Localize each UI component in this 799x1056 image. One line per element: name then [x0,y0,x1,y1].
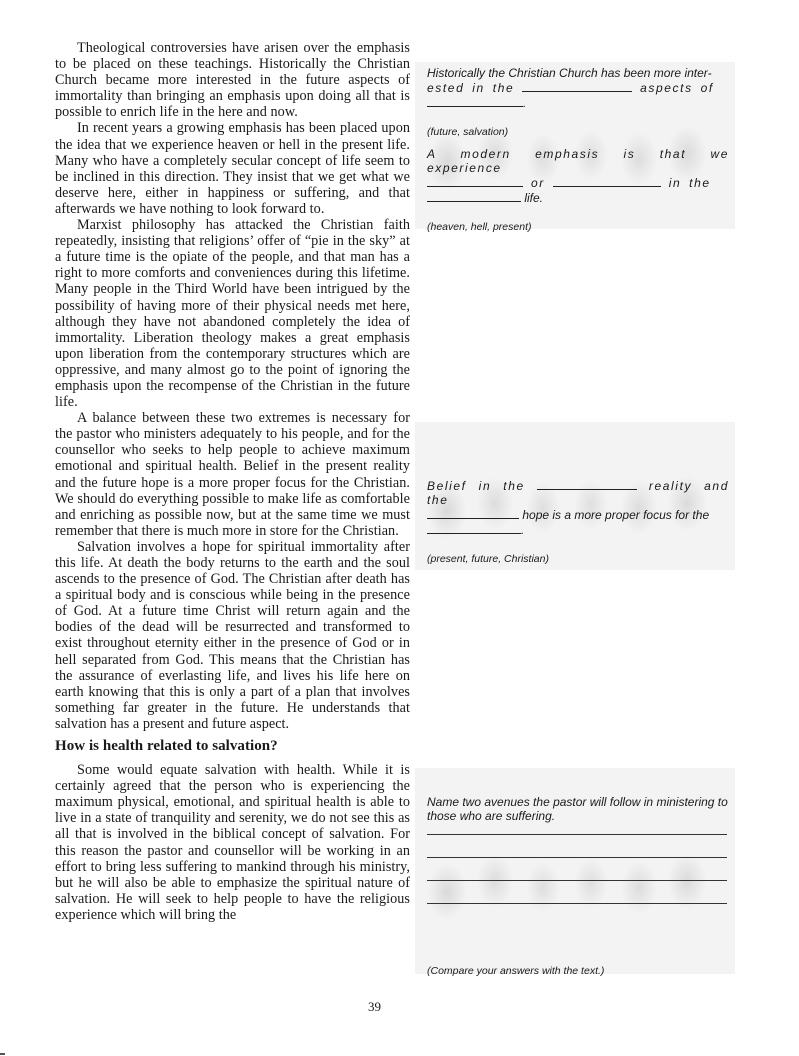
question-2-line-3: life. [427,190,729,205]
answer-line-2[interactable] [427,856,727,858]
question-2-line-1: A modern emphasis is that we experience [427,147,729,175]
question-2-text-c: in the [669,176,711,190]
question-3: Belief in the reality and the hope is a … [427,422,729,566]
answer-line-3[interactable] [427,879,727,881]
paragraph-balance: A balance between these two extremes is … [55,410,410,539]
question-3-text-a: Belief in the [427,479,525,493]
section-heading: How is health related to salvation? [55,738,410,755]
question-1-answer: (future, salvation) [427,125,729,139]
question-3-line-3: . [427,522,729,537]
question-2-text-d: life. [524,191,543,205]
study-box-1: Historically the Christian Church has be… [415,62,735,229]
question-2: A modern emphasis is that we experience … [427,147,729,234]
main-text-column: Theological controversies have arisen ov… [55,40,410,923]
fill-blank-3a[interactable] [537,478,637,490]
page-number: 39 [368,999,381,1015]
answer-line-1[interactable] [427,833,727,835]
study-box-3: Name two avenues the pastor will follow … [415,768,735,974]
question-1-line-1: Historically the Christian Church has be… [427,66,729,80]
question-1-line-3: . [427,95,729,110]
paragraph-health-salvation: Some would equate salvation with health.… [55,762,410,923]
question-1-end: . [523,96,526,110]
fill-blank-2a[interactable] [427,175,523,187]
fill-blank-2c[interactable] [427,190,521,202]
fill-blank-2b[interactable] [553,175,661,187]
question-1: Historically the Christian Church has be… [427,62,729,139]
question-1-text-a: ested in the [427,81,514,95]
question-3-line-2: hope is a more proper focus for the [427,507,729,522]
question-3-answer: (present, future, Christian) [427,552,729,566]
question-4: Name two avenues the pastor will follow … [427,768,729,978]
question-1-text-b: aspects of [640,81,714,95]
question-1-line-2: ested in the aspects of [427,80,729,95]
study-box-2: Belief in the reality and the hope is a … [415,422,735,570]
question-3-text-c: hope is a more proper focus for the [522,508,709,522]
answer-line-4[interactable] [427,902,727,904]
fill-blank-1b[interactable] [427,95,523,107]
paragraph-recent-years: In recent years a growing emphasis has b… [55,120,410,217]
scan-corner-mark [0,1053,5,1055]
question-3-end: . [521,523,524,537]
paragraph-theological-controversies: Theological controversies have arisen ov… [55,40,410,120]
paragraph-marxist-philosophy: Marxist philosophy has attacked the Chri… [55,217,410,410]
question-4-answer: (Compare your answers with the text.) [427,964,729,978]
fill-blank-1a[interactable] [522,80,632,92]
question-2-answer: (heaven, hell, present) [427,220,729,234]
question-3-line-1: Belief in the reality and the [427,478,729,507]
fill-blank-3b[interactable] [427,507,519,519]
question-2-text-b: or [531,176,545,190]
question-4-prompt: Name two avenues the pastor will follow … [427,795,729,823]
fill-blank-3c[interactable] [427,522,521,534]
paragraph-salvation: Salvation involves a hope for spiritual … [55,539,410,732]
question-2-line-2: or in the [427,175,729,190]
